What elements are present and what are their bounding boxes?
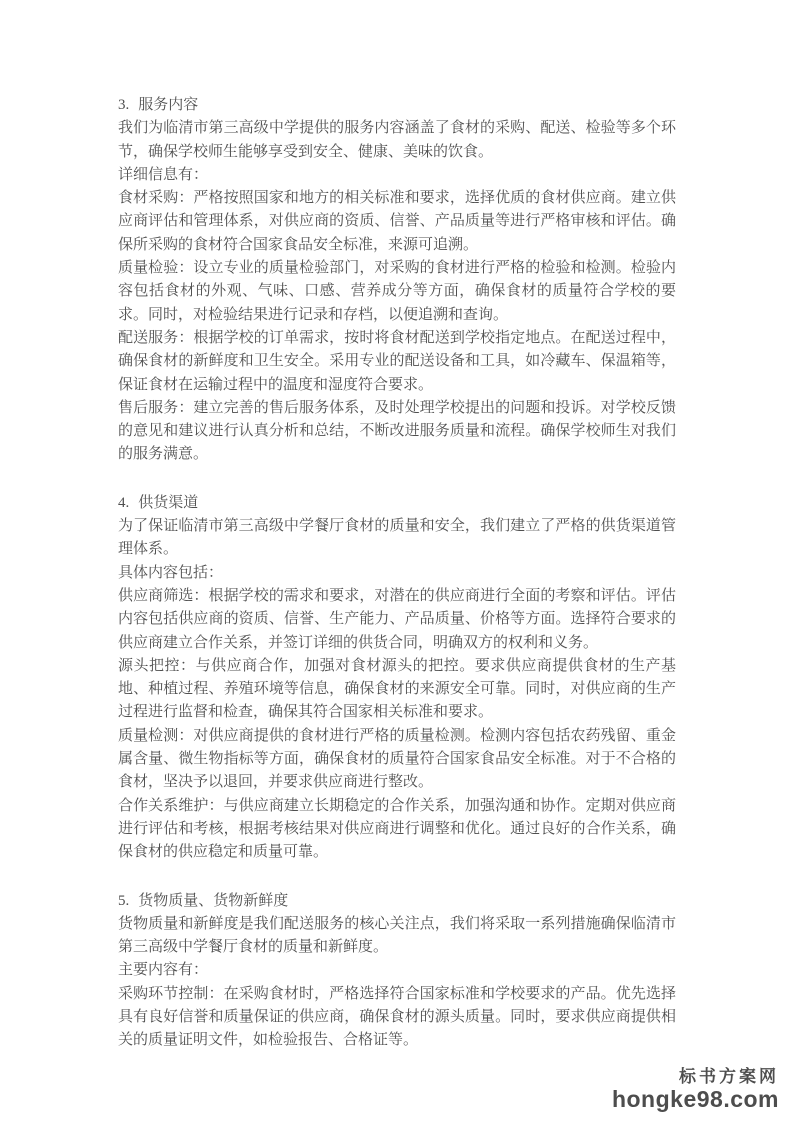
section-title: 货物质量、货物新鲜度 bbox=[138, 893, 288, 909]
paragraph: 源头把控：与供应商合作，加强对食材源头的把控。要求供应商提供食材的生产基地、种植… bbox=[118, 655, 676, 725]
section-number: 5. bbox=[118, 890, 129, 913]
section-title: 供货渠道 bbox=[138, 495, 198, 511]
section-number: 3. bbox=[118, 94, 129, 117]
section-supply-channels: 4.供货渠道 为了保证临清市第三高级中学餐厅食材的质量和安全，我们建立了严格的供… bbox=[118, 492, 676, 865]
section-heading: 5.货物质量、货物新鲜度 bbox=[118, 890, 676, 913]
section-heading: 4.供货渠道 bbox=[118, 492, 676, 515]
paragraph: 具体内容包括： bbox=[118, 562, 676, 585]
paragraph: 售后服务：建立完善的售后服务体系，及时处理学校提出的问题和投诉。对学校反馈的意见… bbox=[118, 397, 676, 467]
watermark-site-url: hongke98.com bbox=[612, 1087, 779, 1112]
paragraph: 合作关系维护：与供应商建立长期稳定的合作关系，加强沟通和协作。定期对供应商进行评… bbox=[118, 795, 676, 865]
watermark: 标书方案网 hongke98.com bbox=[612, 1068, 779, 1112]
paragraph: 供应商筛选：根据学校的需求和要求，对潜在的供应商进行全面的考察和评估。评估内容包… bbox=[118, 585, 676, 655]
paragraph: 为了保证临清市第三高级中学餐厅食材的质量和安全，我们建立了严格的供货渠道管理体系… bbox=[118, 515, 676, 562]
paragraph: 配送服务：根据学校的订单需求，按时将食材配送到学校指定地点。在配送过程中，确保食… bbox=[118, 327, 676, 397]
section-goods-quality-freshness: 5.货物质量、货物新鲜度 货物质量和新鲜度是我们配送服务的核心关注点，我们将采取… bbox=[118, 890, 676, 1053]
section-number: 4. bbox=[118, 492, 129, 515]
paragraph: 详细信息有： bbox=[118, 164, 676, 187]
paragraph: 质量检验：设立专业的质量检验部门，对采购的食材进行严格的检验和检测。检验内容包括… bbox=[118, 257, 676, 327]
document-content: 3.服务内容 我们为临清市第三高级中学提供的服务内容涵盖了食材的采购、配送、检验… bbox=[118, 94, 676, 1053]
paragraph: 货物质量和新鲜度是我们配送服务的核心关注点，我们将采取一系列措施确保临清市第三高… bbox=[118, 913, 676, 960]
section-heading: 3.服务内容 bbox=[118, 94, 676, 117]
paragraph: 质量检测：对供应商提供的食材进行严格的质量检测。检测内容包括农药残留、重金属含量… bbox=[118, 725, 676, 795]
section-service-content: 3.服务内容 我们为临清市第三高级中学提供的服务内容涵盖了食材的采购、配送、检验… bbox=[118, 94, 676, 467]
document-page: 3.服务内容 我们为临清市第三高级中学提供的服务内容涵盖了食材的采购、配送、检验… bbox=[0, 0, 793, 1122]
watermark-site-name: 标书方案网 bbox=[612, 1068, 779, 1087]
paragraph: 主要内容有： bbox=[118, 959, 676, 982]
paragraph: 采购环节控制：在采购食材时，严格选择符合国家标准和学校要求的产品。优先选择具有良… bbox=[118, 983, 676, 1053]
paragraph: 食材采购：严格按照国家和地方的相关标准和要求，选择优质的食材供应商。建立供应商评… bbox=[118, 187, 676, 257]
section-title: 服务内容 bbox=[138, 97, 198, 113]
paragraph: 我们为临清市第三高级中学提供的服务内容涵盖了食材的采购、配送、检验等多个环节，确… bbox=[118, 117, 676, 164]
